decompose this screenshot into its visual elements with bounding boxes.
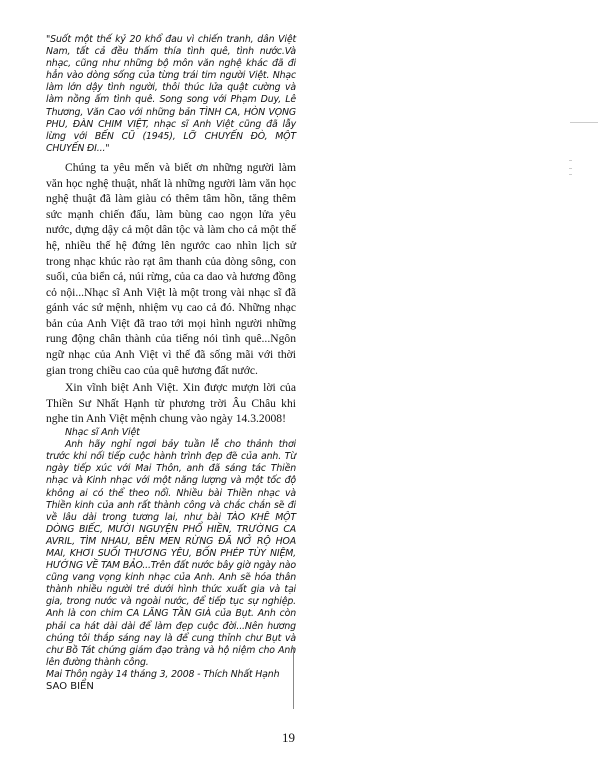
letter-body: Anh hãy nghỉ ngơi bảy tuần lễ cho thảnh … bbox=[46, 439, 296, 669]
letter-heading: Nhạc sĩ Anh Việt bbox=[46, 427, 296, 439]
text-column: "Suốt một thế kỷ 20 khổ đau vì chiến tra… bbox=[46, 34, 296, 693]
author-name: SAO BIỂN bbox=[46, 681, 296, 693]
scan-artifact-speck bbox=[569, 174, 572, 175]
scanned-page: "Suốt một thế kỷ 20 khổ đau vì chiến tra… bbox=[0, 0, 600, 758]
body-paragraph: Chúng ta yêu mến và biết ơn những người … bbox=[46, 160, 296, 378]
scan-artifact-speck bbox=[569, 168, 572, 169]
scan-artifact-speck bbox=[570, 122, 598, 123]
quote-paragraph: "Suốt một thế kỷ 20 khổ đau vì chiến tra… bbox=[46, 34, 296, 155]
body-paragraph: Xin vĩnh biệt Anh Việt. Xin được mượn lờ… bbox=[46, 380, 296, 427]
page-number: 19 bbox=[282, 730, 295, 746]
scan-artifact-line bbox=[293, 647, 294, 709]
scan-artifact-speck bbox=[569, 160, 572, 161]
letter-signature: Mai Thôn ngày 14 tháng 3, 2008 - Thích N… bbox=[46, 669, 296, 681]
